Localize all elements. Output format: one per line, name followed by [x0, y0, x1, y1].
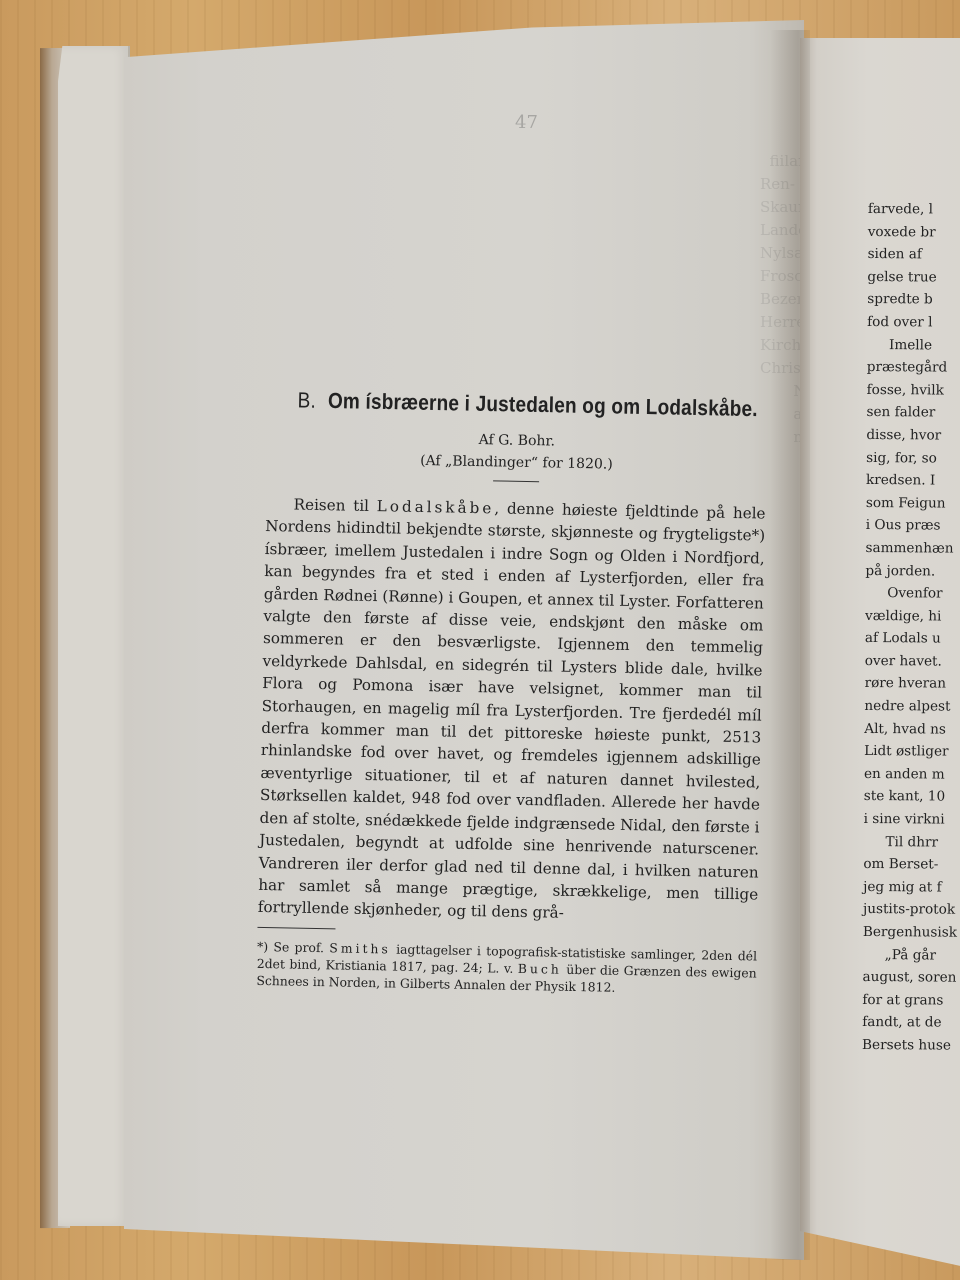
text-line: i sine virkni	[864, 808, 960, 831]
article-title: Om ísbræerne i Justedalen og om Lodalskå…	[328, 390, 758, 422]
text-line: over havet.	[865, 650, 960, 673]
paragraph: Reisen til Lodalskåbe, denne høieste fje…	[258, 493, 766, 928]
text-line: vældige, hi	[865, 605, 960, 628]
text-line: Imelle	[867, 334, 960, 357]
text-line: siden af	[868, 243, 960, 266]
text-line: Alt, hvad ns	[864, 718, 960, 741]
text-line: nedre alpest	[864, 695, 960, 718]
text-line: ste kant, 10	[864, 785, 960, 808]
text-line: på jorden.	[865, 559, 960, 582]
text-line: fod over l	[867, 311, 960, 334]
text-line: for at grans	[862, 989, 960, 1012]
text-line: Bergenhusisk	[863, 921, 960, 944]
text-line: Til dhrr	[863, 831, 960, 854]
text-line: om Berset-	[863, 853, 960, 876]
text-line: jeg mig at f	[863, 876, 960, 899]
text-line: sen falder	[866, 401, 960, 424]
text-line: spredte b	[867, 288, 960, 311]
text-line: august, soren	[862, 966, 960, 989]
text-line: Bersets huse	[862, 1034, 960, 1057]
text-run: Reisen til	[293, 496, 376, 516]
text-line: „På går	[863, 944, 960, 967]
text-line: fosse, hvilk	[867, 379, 960, 402]
text-line: en anden m	[864, 763, 960, 786]
text-line: fandt, at de	[862, 1011, 960, 1034]
footnote-divider	[257, 927, 335, 929]
author-line: Af G. Bohr.	[267, 428, 767, 454]
divider	[493, 480, 539, 482]
page-number-faint: 47	[515, 112, 538, 133]
text-line: Ovenfor	[865, 582, 960, 605]
text-line: gelse true	[867, 266, 960, 289]
article: B.Om ísbræerne i Justedalen og om Lodals…	[256, 380, 768, 998]
text-line: kredsen. I	[866, 469, 960, 492]
spaced-name: Smiths	[329, 940, 391, 956]
text-line: sammenhæn	[865, 537, 960, 560]
spaced-name: Lodalskåbe	[377, 497, 495, 517]
source-line: (Af „Blandinger“ for 1820.)	[266, 450, 766, 476]
footnote-marker: *)	[257, 939, 268, 954]
text-line: Lidt østliger	[864, 740, 960, 763]
text-line: i Ous præs	[866, 514, 960, 537]
section-letter: B.	[297, 389, 316, 413]
text-line: justits-protok	[863, 898, 960, 921]
footnote: *) Se prof. Smiths iagttagelser i topogr…	[256, 938, 757, 999]
flyleaf	[58, 46, 130, 1226]
text-line: som Feigun	[866, 492, 960, 515]
spaced-name: Buch	[518, 961, 562, 977]
text-line: af Lodals u	[865, 627, 960, 650]
text-line: disse, hvor	[866, 424, 960, 447]
text-run: , denne høieste fjeldtinde på hele Norde…	[258, 499, 766, 922]
text-line: voxede br	[868, 221, 960, 244]
text-run: Se prof.	[273, 939, 329, 955]
text-line: sig, for, so	[866, 447, 960, 470]
article-heading: B.Om ísbræerne i Justedalen og om Lodals…	[297, 389, 767, 423]
text-line: røre hveran	[865, 672, 960, 695]
body-text: Reisen til Lodalskåbe, denne høieste fje…	[258, 493, 766, 928]
text-line: præstegård	[867, 356, 960, 379]
right-page-text: farvede, lvoxede brsiden afgelse truespr…	[862, 198, 960, 1057]
text-line: farvede, l	[868, 198, 960, 221]
book-gutter	[770, 30, 810, 1260]
